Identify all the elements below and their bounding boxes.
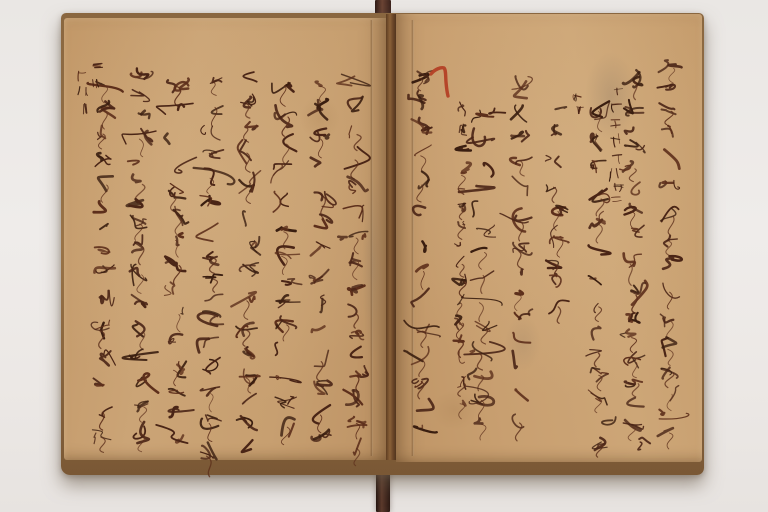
right-page bbox=[396, 14, 702, 462]
photograph-of-open-manuscript bbox=[0, 0, 768, 512]
spine-gutter bbox=[386, 14, 396, 460]
left-page bbox=[64, 18, 386, 460]
